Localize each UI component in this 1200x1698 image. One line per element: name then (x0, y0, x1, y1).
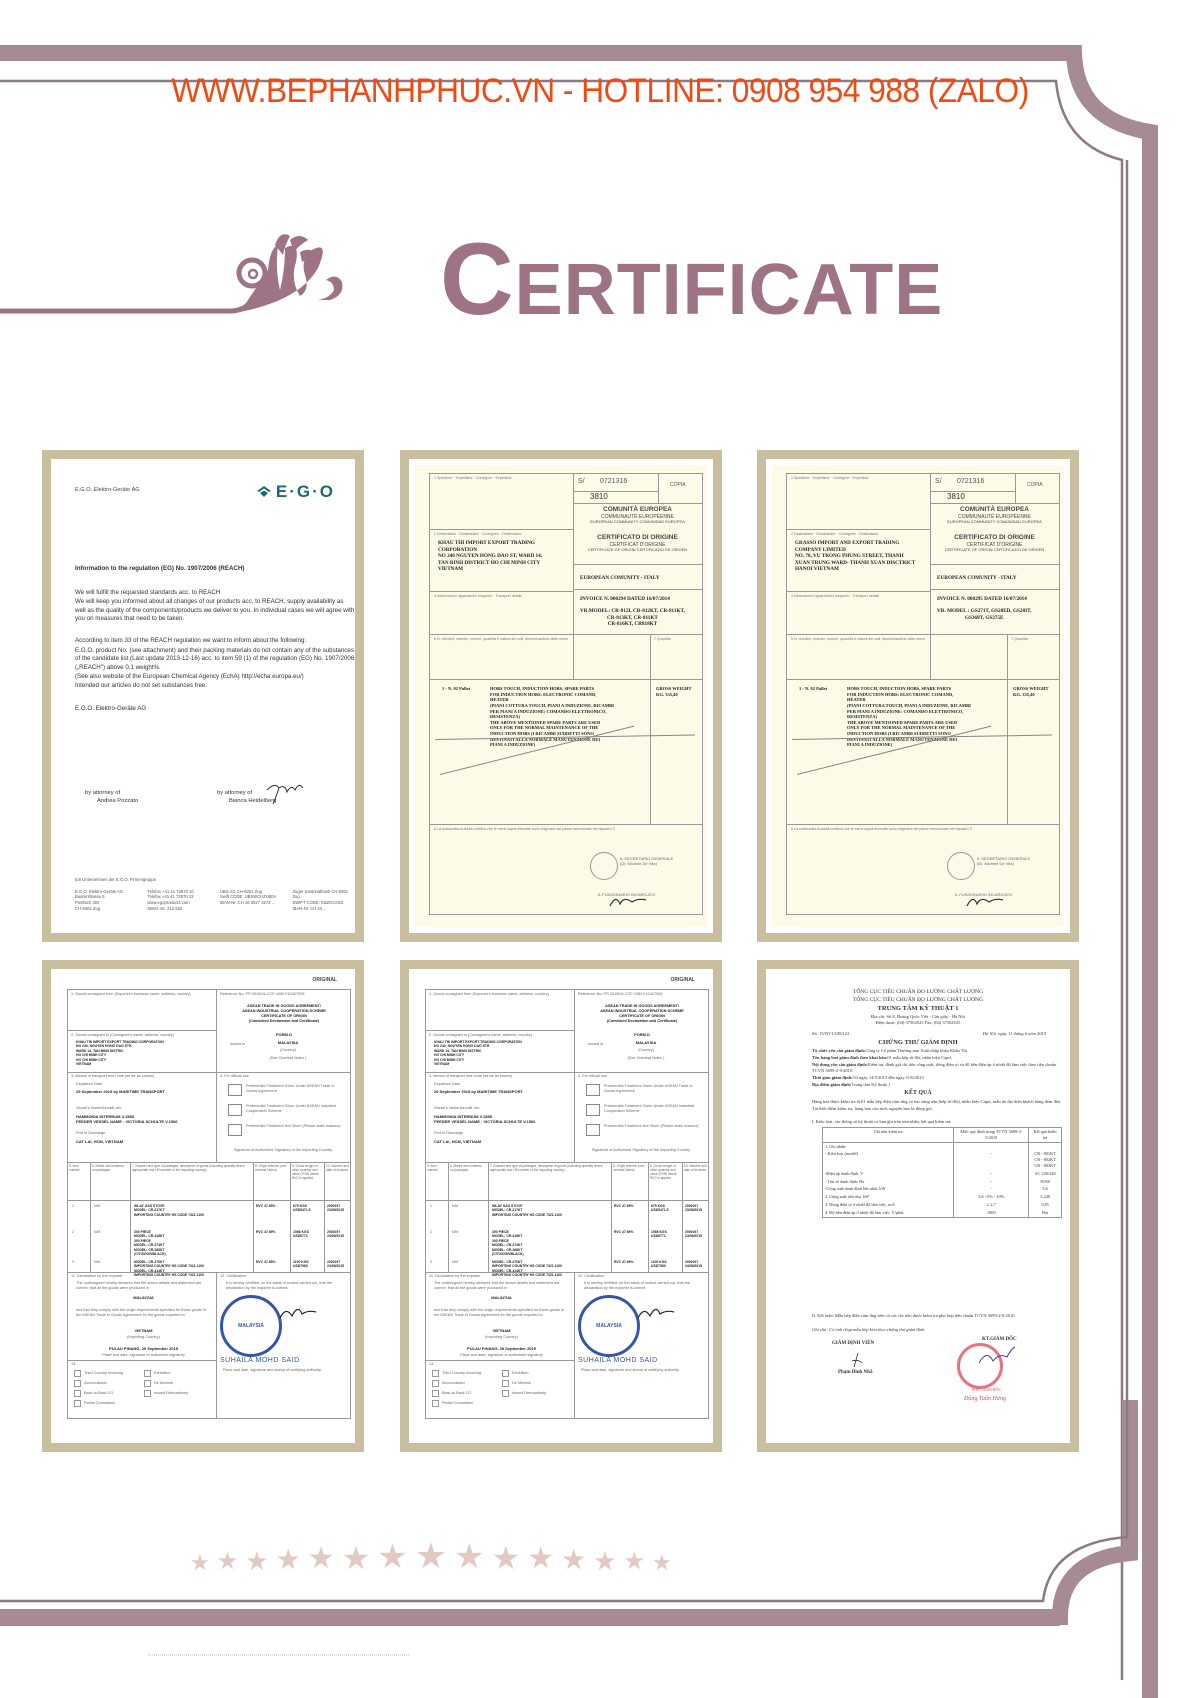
row-invoice: 2000197 24/09/2015 (327, 1260, 349, 1269)
checkbox-icon (74, 1380, 81, 1387)
row-origin: RVC 47.69% (256, 1230, 290, 1234)
checkbox-icon (144, 1380, 151, 1387)
ego-paragraph: We will fulfill the requested standards … (75, 589, 355, 597)
checkbox-label: Third Country Invoicing (442, 1371, 481, 1376)
deputy-title: PHÓ GIÁM ĐỐC (972, 1387, 1001, 1392)
ministry-seal: MALAYSIA (220, 1295, 282, 1357)
ego-paragraph: We will keep you informed about all chan… (75, 598, 355, 623)
row-origin: RVC 47.69% (614, 1204, 648, 1208)
star-icon: ★ (245, 1548, 268, 1574)
consignee-address: GRASSO IMPORT AND EXPORT TRADING COMPANY… (795, 540, 929, 573)
star-icon: ★ (415, 1538, 447, 1574)
checkbox-label: De Minimis (512, 1381, 531, 1386)
table-row: - Kiểu loại (model)-CR - 801KT CR - 802K… (823, 1150, 1062, 1169)
certificate-date: Hà Nội, ngày 11 tháng 6 năm 2015 (983, 1031, 1046, 1037)
gross-weight: GROSS WEIGHT KG. 335,40 (656, 686, 692, 697)
checkbox-icon (74, 1400, 81, 1407)
center-phone: Điện thoại: (04) 37564525 Fax: (04) 3756… (772, 1020, 1064, 1026)
star-icon: ★ (217, 1550, 239, 1574)
inspector-title: GIÁM ĐỊNH VIÊN (832, 1341, 874, 1348)
signature-icon (850, 1351, 866, 1369)
checkbox-label: Partial Cumulation (442, 1401, 473, 1406)
row-invoice: 2000197 23/09/2015 (327, 1204, 349, 1213)
vessel-info: HAMMONIA INTERNUM V.1585 FEEDER VESSEL N… (76, 1114, 178, 1124)
checkbox-label: Issued Retroactively (154, 1391, 188, 1396)
star-icon: ★ (652, 1552, 672, 1574)
title-rest: ERTIFICATE (515, 250, 944, 330)
official-checkbox[interactable] (228, 1104, 242, 1116)
option-checkbox[interactable]: Third Country Invoicing (432, 1370, 502, 1377)
result-title: KẾT QUẢ (772, 1089, 1064, 1097)
certifying-officer: SUHAILA MOHD SAID (578, 1356, 658, 1365)
table-header: Kết quả kiểm tra (1029, 1128, 1062, 1143)
row-weight: 1100 KGS USD7980 (293, 1260, 323, 1269)
row-origin: RVC 47.69% (614, 1230, 648, 1234)
option-checkbox[interactable]: Exhibition (144, 1370, 214, 1377)
document-vn-inspection-certificate: TỔNG CỤC TIÊU CHUẨN ĐO LƯỜNG CHẤT LƯỢNG … (757, 960, 1079, 1452)
asean-form-grid: 1. Goods consigned from (Exporter's busi… (425, 989, 709, 1419)
star-icon: ★ (527, 1544, 554, 1574)
certificate-title: CHỨNG THƯ GIÁM ĐỊNH (772, 1039, 1064, 1048)
option-checkbox[interactable]: De Minimis (144, 1380, 214, 1387)
deputy-name: Đồng Tuấn Hưng (964, 1395, 1006, 1403)
ego-paragraph: (See also website of the European Chemic… (75, 673, 355, 681)
asean-form-grid: 1. Goods consigned from (Exporter's busi… (67, 989, 351, 1419)
checkbox-icon (432, 1400, 439, 1407)
option-checkbox[interactable]: Accumulation (432, 1380, 502, 1387)
document-asean-form-d: ORIGINAL 1. Goods consigned from (Export… (42, 960, 364, 1452)
place-date: PULAU PINANG, 29 September 2015 (434, 1346, 569, 1351)
inspection-results-table: Chỉ tiêu kiểm traMức quy định trong TCVN… (822, 1127, 1062, 1218)
option-checkbox[interactable]: Issued Retroactively (502, 1390, 572, 1397)
handwritten-number: 3810 (590, 492, 608, 503)
row-weight: 675 KGS USD5471.5 (651, 1204, 681, 1213)
row-origin: RVC 47.69% (614, 1260, 648, 1264)
certificate-of-origin-title: CERTIFICATO DI ORIGINE CERTIFICAT D'ORIG… (930, 534, 1059, 553)
star-icon: ★ (377, 1540, 407, 1574)
declaration-country: MALAYSIA (76, 1295, 211, 1300)
result-text: Hàng hóa được kiểm tra là 01 mẫu bếp điệ… (812, 1099, 1067, 1113)
document-eu-certificate-origin: 1 Speditore · Expéditeur · Consignor · E… (400, 450, 722, 942)
reference-number: Reference No. PP-2015/04-CCF-10807/10427… (220, 992, 348, 997)
row-marks: N/M (94, 1260, 128, 1264)
row-item: 3 (72, 1260, 88, 1264)
port-of-discharge: CAT LAI, HCM, VIETNAM (434, 1139, 481, 1144)
departure-info: 29 September 2015 by MARITIME TRANSPORT (434, 1089, 523, 1094)
official-checkbox[interactable] (586, 1084, 600, 1096)
org-line-1: TỔNG CỤC TIÊU CHUẨN ĐO LƯỜNG CHẤT LƯỢNG (772, 989, 1064, 996)
star-icon: ★ (593, 1548, 616, 1574)
row-item: 3 (430, 1260, 446, 1264)
row-origin: RVC 47.69% (256, 1260, 290, 1264)
eu-form-grid: 1 Speditore · Expéditeur · Consignor · E… (786, 473, 1060, 915)
request-field: Nội dung yêu cầu giám định:Kiểm tra, đán… (812, 1062, 1067, 1076)
table-header: Chỉ tiêu kiểm tra (823, 1128, 954, 1143)
row-marks: N/M (452, 1230, 486, 1234)
ego-logo-text: E·G·O (276, 481, 335, 504)
issued-in-country: MALAYSIA (616, 1040, 676, 1045)
row-invoice: 2000197 24/09/2015 (685, 1230, 707, 1239)
copy-label: COPIA (670, 482, 686, 489)
request-field: Địa điểm giám định:Trung tâm Kỹ thuật 1 (812, 1082, 1067, 1089)
checkbox-label: Back-to-Back CO (442, 1391, 471, 1396)
copy-label: COPIA (1027, 482, 1043, 489)
certificate-number: Số: 15/NV1/GĐ/122 (812, 1031, 849, 1037)
package-count: 1 - N. 02 Pallet (799, 686, 827, 692)
row-weight: 1566 KGS USD6771 (293, 1230, 323, 1239)
eu-title: COMUNITÀ EUROPEA COMMUNAUTÉ EUROPÉENNE E… (573, 506, 702, 525)
row-marks: N/M (94, 1204, 128, 1208)
consignee-address: KHAU THI IMPORT EXPORT TRADING CORPORATI… (434, 1040, 522, 1067)
row-origin: RVC 47.69% (256, 1204, 290, 1208)
consignee-address: KHAU THI IMPORT EXPORT TRADING CORPORATI… (76, 1040, 164, 1067)
org-line-2: TỔNG CỤC TIÊU CHUẨN ĐO LƯỜNG CHẤT LƯỢNG (772, 997, 1064, 1004)
checkbox-label: Exhibition (154, 1371, 170, 1376)
model-list: VR. MODEL : GS271T, GS28ED, GS28IT, GS36… (937, 608, 1032, 621)
signature-icon (608, 892, 648, 910)
checkbox-label: Accumulation (442, 1381, 465, 1386)
official-checkbox[interactable] (228, 1124, 242, 1136)
request-field: Tổ chức yêu cầu giám định:Công ty Cổ phầ… (812, 1048, 1067, 1055)
row-weight: 1566 KGS USD6771 (651, 1230, 681, 1239)
country-of-origin: EUROPEAN COMUNITY - ITALY (580, 575, 660, 582)
checkbox-label: Issued Retroactively (512, 1391, 546, 1396)
result-intro: I. Kiểu loại, các thông số kỹ thuật cơ b… (812, 1119, 1067, 1125)
checkbox-label: Back-to-Back CO (84, 1391, 113, 1396)
form-label: FORM D (578, 1032, 706, 1037)
director-title: KT.GIÁM ĐỐC (982, 1337, 1017, 1344)
table-row: 4. Độ bền điện áp ở nhiệt độ làm việc, V… (823, 1209, 1062, 1217)
checkbox-icon (74, 1390, 81, 1397)
option-checkbox[interactable]: Third Country Invoicing (74, 1370, 144, 1377)
package-count: 1 - N. 02 Pallet (442, 686, 470, 692)
eu-title: COMUNITÀ EUROPEA COMMUNAUTÉ EUROPÉENNE E… (930, 506, 1059, 525)
document-eu-certificate-origin: 1 Speditore · Expéditeur · Consignor · E… (757, 450, 1079, 942)
option-checkbox[interactable]: Back-to-Back CO (432, 1390, 502, 1397)
scheme-title: ASEAN TRADE IN GOODS AGREEMENT/ ASEAN IN… (220, 1004, 348, 1024)
place-date: PULAU PINANG, 29 September 2015 (76, 1346, 211, 1351)
option-checkbox[interactable]: De Minimis (502, 1380, 572, 1387)
row-invoice: 2000197 24/09/2015 (685, 1260, 707, 1269)
star-icon: ★ (308, 1544, 335, 1574)
conclusion: II. Kết luận: Mẫu bếp điện cảm ứng trên … (812, 1313, 1067, 1320)
serial-prefix: S/ (578, 477, 585, 486)
option-checkbox[interactable]: Issued Retroactively (144, 1390, 214, 1397)
ego-signatory-right: by attorney of Bianca Heidelberg (217, 790, 276, 806)
hotline-banner: WWW.BEPHANHPHUC.VN - HOTLINE: 0908 954 9… (42, 72, 1158, 111)
import-country: VIETNAM (76, 1328, 211, 1333)
option-checkbox[interactable]: Partial Cumulation (74, 1400, 144, 1407)
reference-number: Reference No. PP-2015/04-CCF-10807/10427… (578, 992, 706, 997)
row-marks: N/M (452, 1204, 486, 1208)
scheme-title: ASEAN TRADE IN GOODS AGREEMENT/ ASEAN IN… (578, 1004, 706, 1024)
ego-logo: E·G·O (256, 481, 335, 504)
document-ego-reach-letter: E.G.O. Elektro-Gerätе AG E·G·O Informati… (42, 450, 364, 942)
ego-signatory-left: by attorney of Andrea Pozzato (85, 790, 138, 806)
checkbox-icon (432, 1390, 439, 1397)
row-invoice: 2000197 24/09/2015 (327, 1230, 349, 1239)
country-of-origin: EUROPEAN COMUNITY - ITALY (937, 575, 1017, 582)
request-fields: Tổ chức yêu cầu giám định:Công ty Cổ phầ… (812, 1048, 1067, 1089)
star-icon: ★ (276, 1546, 301, 1574)
ego-paragraph: According to item 33 of the REACH regula… (75, 637, 355, 645)
star-icon: ★ (454, 1540, 484, 1574)
option-checkbox[interactable]: Back-to-Back CO (74, 1390, 144, 1397)
signature-icon (965, 892, 1005, 910)
table-row: - Tần số danh định, Hz-50/60 (823, 1178, 1062, 1186)
checkbox-icon (502, 1390, 509, 1397)
certificate-of-origin-title: CERTIFICATO DI ORIGINE CERTIFICAT D'ORIG… (573, 534, 702, 553)
table-row: -Công suất danh định lớn nhất, kW-3,6 (823, 1185, 1062, 1193)
row-weight: 675 KGS USD5471.5 (293, 1204, 323, 1213)
serial-prefix: S/ (935, 477, 942, 486)
checkbox-label: Third Country Invoicing (84, 1371, 123, 1376)
row-desc: 300 PIECE MODEL: CR-318KT 300 PIECE MODE… (492, 1230, 610, 1257)
star-icon: ★ (492, 1542, 521, 1574)
table-row: 3. Dòng điện rò ở nhiệt độ làm việc, mA≤… (823, 1201, 1062, 1209)
request-field: Tên hàng hoá giám định theo khai báo:01 … (812, 1055, 1067, 1062)
ego-heading: Information to the regulation (EG) No. 1… (75, 565, 245, 573)
row-desc: INLAY GAS STOVE MODEL: CR-217KT IMPORTIN… (134, 1204, 252, 1217)
center-name: TRUNG TÂM KỸ THUẬT 1 (772, 1005, 1064, 1014)
import-country: VIETNAM (434, 1328, 569, 1333)
gross-weight: GROSS WEIGHT KG. 335,40 (1013, 686, 1049, 697)
declaration-country: MALAYSIA (434, 1295, 569, 1300)
eu-form-grid: 1 Speditore · Expéditeur · Consignor · E… (429, 473, 703, 915)
table-row: -Điện áp danh định, V-AC 220/240 (823, 1170, 1062, 1178)
vessel-info: HAMMONIA INTERNUM V.1585 FEEDER VESSEL N… (434, 1114, 536, 1124)
certifying-officer: SUHAILA MOHD SAID (220, 1356, 300, 1365)
page-title: CERTIFICATE (440, 228, 943, 330)
option-checkbox[interactable]: Partial Cumulation (432, 1400, 502, 1407)
option-checkbox[interactable]: Accumulation (74, 1380, 144, 1387)
table-row: 1. Ghi nhãn: (823, 1142, 1062, 1150)
port-of-discharge: CAT LAI, HCM, VIETNAM (76, 1139, 123, 1144)
serial-number: 0721316 (600, 477, 627, 486)
ministry-seal: MALAYSIA (578, 1295, 640, 1357)
star-icon: ★ (561, 1546, 586, 1574)
checkbox-icon (144, 1390, 151, 1397)
ego-company-name: E.G.O. Elektro-Gerätе AG (75, 487, 140, 495)
ego-paragraph: E.G.O. Elektro-Geräte AG (75, 705, 355, 713)
checkbox-icon (502, 1370, 509, 1377)
secretary-name: IL SEGRETARIO GENERALE (Dr. Michele De V… (620, 856, 673, 867)
invoice-reference: INVOICE N. 000295 DATED 16/07/2014 (937, 596, 1027, 603)
chamber-stamp (590, 852, 618, 880)
checkbox-label: Exhibition (512, 1371, 528, 1376)
handwritten-number: 3810 (947, 492, 965, 503)
row-item: 1 (430, 1204, 446, 1208)
original-label: ORIGINAL (671, 977, 695, 984)
signature-icon (278, 1302, 318, 1324)
star-icon: ★ (624, 1550, 646, 1574)
model-list: VR.MODEL: CR-812I, CR-812KT, CR-811KT, C… (580, 608, 685, 628)
signature-icon (977, 1345, 1017, 1369)
consignee-address: KHAU THI IMPORT EXPORT TRADING CORPORATI… (438, 540, 572, 573)
checkbox-label: Partial Cumulation (84, 1401, 115, 1406)
ego-body: We will fulfill the requested standards … (75, 589, 355, 714)
row-desc: INLAY GAS STOVE MODEL: CR-217KT IMPORTIN… (492, 1204, 610, 1217)
checkbox-icon (432, 1370, 439, 1377)
chamber-stamp (947, 852, 975, 880)
star-divider: ★★★★★★★★★★★★★★★ (190, 1538, 672, 1574)
form-label: FORM D (220, 1032, 348, 1037)
option-checkbox[interactable]: Exhibition (502, 1370, 572, 1377)
checkbox-icon (144, 1370, 151, 1377)
ego-footer: Ein Unternehmen der E.G.O. Firmengruppe … (75, 877, 355, 911)
star-icon: ★ (342, 1542, 371, 1574)
official-checkbox[interactable] (586, 1124, 600, 1136)
invoice-reference: INVOICE N. 000294 DATED 16/07/2014 (580, 596, 670, 603)
row-marks: N/M (452, 1260, 486, 1264)
row-desc: 300 PIECE MODEL: CR-318KT 300 PIECE MODE… (134, 1230, 252, 1257)
issued-in-country: MALAYSIA (258, 1040, 318, 1045)
checkbox-icon (502, 1380, 509, 1387)
row-item: 1 (72, 1204, 88, 1208)
row-invoice: 2000197 23/09/2015 (685, 1204, 707, 1213)
ego-paragraph: E.G.O. product No. (see attachment) and … (75, 647, 355, 672)
row-marks: N/M (94, 1230, 128, 1234)
document-asean-form-d: ORIGINAL 1. Goods consigned from (Export… (400, 960, 722, 1452)
table-header: Mức quy định trong TCVN 5699-2-9:2010 (954, 1128, 1029, 1143)
ego-paragraph: Intended our articles do not set substan… (75, 682, 355, 690)
serial-number: 0721316 (957, 477, 984, 486)
note: Ghi chú: Có ảnh chụp mẫu bếp kèm theo ch… (812, 1327, 1067, 1333)
departure-info: 29 September 2015 by MARITIME TRANSPORT (76, 1089, 165, 1094)
row-weight: 1100 KGS USD7980 (651, 1260, 681, 1269)
official-checkbox[interactable] (228, 1084, 242, 1096)
row-item: 2 (72, 1230, 88, 1234)
signature-icon (265, 780, 305, 806)
row-item: 2 (430, 1230, 446, 1234)
checkbox-label: Accumulation (84, 1381, 107, 1386)
secretary-name: IL SEGRETARIO GENERALE (Dr. Michele De V… (977, 856, 1030, 867)
checkbox-icon (74, 1370, 81, 1377)
signature-icon (636, 1302, 676, 1324)
original-label: ORIGINAL (313, 977, 337, 984)
title-initial: C (440, 222, 515, 336)
inspector-name: Phạm Đình Nhã (838, 1370, 872, 1377)
table-row: 2. Công suất tiêu thụ, kW3,6 +5% −10%3,2… (823, 1193, 1062, 1201)
star-icon: ★ (190, 1552, 210, 1574)
official-checkbox[interactable] (586, 1104, 600, 1116)
request-field: Thời gian giám định:Từ ngày 14/5/2015 đế… (812, 1075, 1067, 1082)
checkbox-icon (432, 1380, 439, 1387)
checkbox-label: De Minimis (154, 1381, 173, 1386)
ego-diamond-icon (256, 486, 272, 498)
